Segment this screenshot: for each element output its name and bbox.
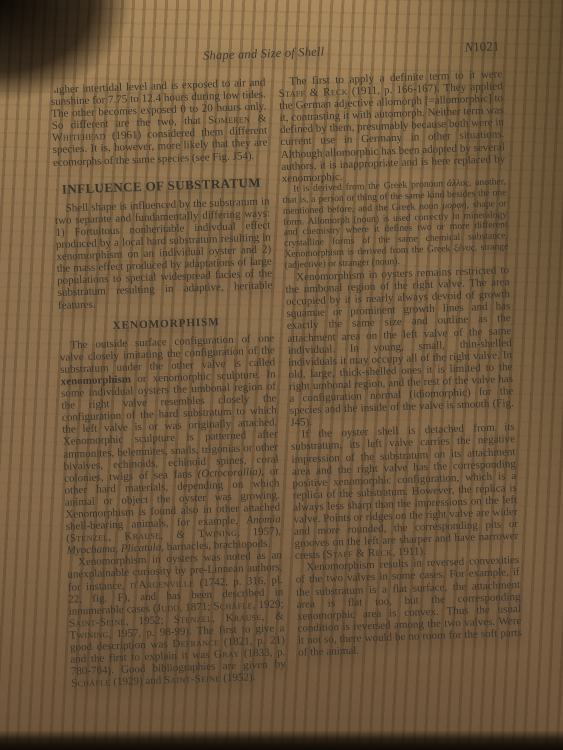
body-paragraph: If the oyster shell is detached from its… [290, 421, 519, 562]
page-content: Shape and Size of Shell N1021 higher int… [49, 38, 523, 690]
paper-page: Shape and Size of Shell N1021 higher int… [0, 0, 563, 750]
text-run: , 1929; [253, 598, 284, 611]
body-paragraph: The first to apply a definite term to it… [278, 68, 506, 185]
body-paragraph: Xenomorphism in oysters remains restrict… [285, 264, 514, 429]
page-number: N1021 [464, 38, 499, 55]
text-run: Anomia [246, 513, 281, 526]
author-citation: Saint-Seine [164, 673, 221, 687]
subsection-heading: XENOMORPHISM [59, 314, 274, 334]
text-run: , 1871; [179, 600, 213, 613]
photo-of-book-page: Shape and Size of Shell N1021 higher int… [0, 0, 563, 750]
text-run: , 1957), [237, 525, 281, 539]
text-run: Xenomorphism in oysters remains restrict… [285, 264, 514, 429]
text-run: Xenomorphism results in reversed convexi… [296, 554, 522, 658]
text-run: Shell shape is influenced by the substra… [55, 195, 273, 311]
left-column: higher intertidal level and is exposed t… [50, 77, 286, 691]
body-paragraph: higher intertidal level and is exposed t… [50, 77, 268, 169]
running-title: Shape and Size of Shell [203, 44, 325, 63]
author-citation: Judd [156, 602, 179, 615]
text-run: (1929) and [110, 675, 164, 689]
two-column-text: higher intertidal level and is exposed t… [50, 68, 523, 690]
text-run: (1952). [220, 672, 255, 685]
body-paragraph: Xenomorphism results in reversed convexi… [295, 554, 522, 659]
author-citation: Gray [214, 648, 240, 661]
right-column: The first to apply a definite term to it… [278, 68, 523, 682]
body-paragraph: Xenomorphism in oysters was noted as an … [67, 550, 287, 690]
page-number-digits: 1021 [473, 38, 500, 54]
text-run: ξένος [454, 243, 475, 255]
etymology-paragraph: It is derived from the Greek pronoun ἄλλ… [282, 177, 509, 272]
section-heading: INFLUENCE OF SUBSTRATUM [54, 176, 269, 196]
body-paragraph: The outside surface configuration of one… [59, 332, 281, 557]
body-paragraph: Shell shape is influenced by the substra… [54, 195, 273, 311]
text-run: If the oyster shell is detached from its… [291, 421, 519, 562]
page-header: Shape and Size of Shell N1021 [49, 38, 501, 72]
text-run: , 1911). [392, 545, 426, 558]
author-citation: Schäfle [71, 677, 111, 690]
